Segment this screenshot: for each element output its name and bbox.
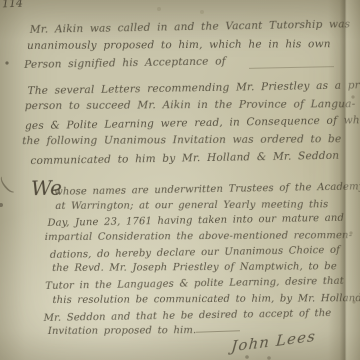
paragraph-aikin-acceptance: Mr. Aikin was called in and the Vacant T… [24, 17, 351, 73]
drop-cap-we: We [31, 181, 62, 197]
paragraph-invitation-resolution: We whose names are underwritten Trustees… [43, 180, 360, 341]
paragraph-letters-recommending: The several Letters recommending Mr. Pri… [21, 78, 360, 169]
ink-specks [0, 0, 2, 2]
manuscript-page: 114 ( Mr. Aikin was called in and the Va… [0, 0, 360, 360]
page-number: 114 [2, 0, 23, 10]
margin-flourish-mark: ( [0, 175, 18, 197]
manuscript-line-text: whose names are underwritten Trustees of… [54, 181, 360, 197]
page-fold-edge [328, 0, 360, 360]
